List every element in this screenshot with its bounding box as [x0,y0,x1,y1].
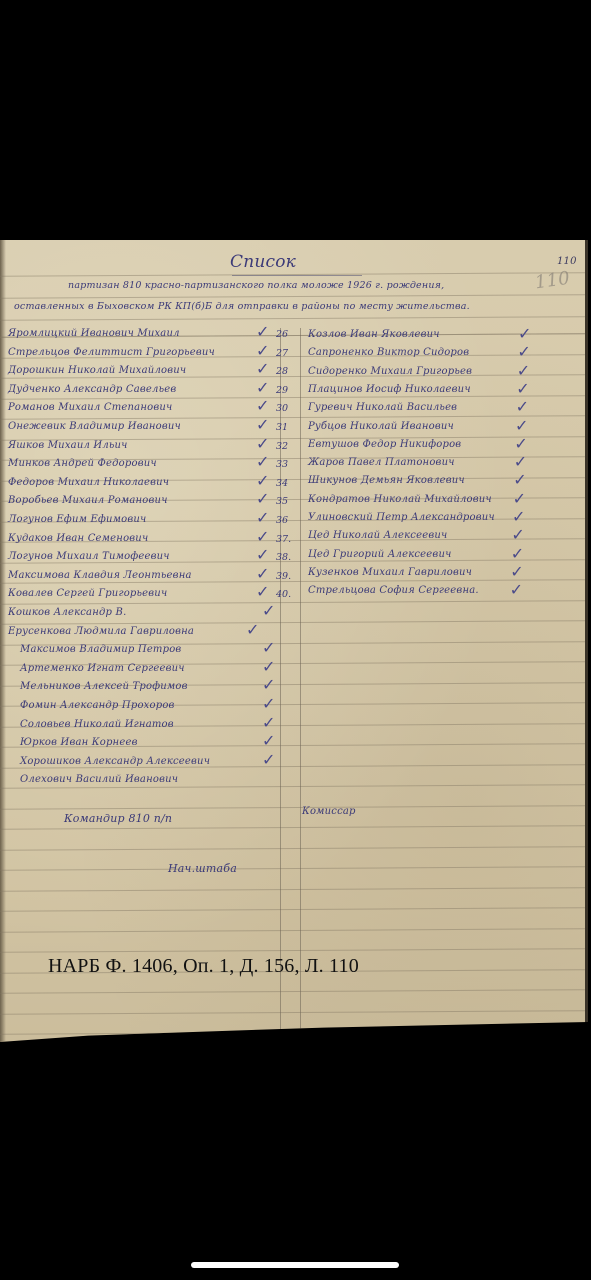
ruled-line [0,395,585,400]
list-item-name: Цед Григорий Алексеевич [308,549,452,560]
page-number: 110 [557,256,577,267]
checkmark-icon: ✓ [516,381,529,397]
list-item-name: Шикунов Демьян Яковлевич [308,475,465,486]
row-number: 33 [276,459,288,470]
row-number: 31 [276,422,288,433]
row-number: 32 [276,441,288,452]
document-title: Список [230,252,296,272]
checkmark-icon: ✓ [256,510,269,526]
checkmark-icon: ✓ [262,696,275,712]
archival-document-page: Список 110 110 партизан 810 красно-парти… [0,240,588,1042]
checkmark-icon: ✓ [514,454,527,470]
list-item-name: Мельников Алексей Трофимов [20,681,188,692]
list-item-name: Стрельцов Фелиттист Григорьевич [8,347,215,358]
list-item-name: Плацинов Иосиф Николаевич [308,384,471,395]
list-item-name: Сидоренко Михаил Григорьев [308,366,472,377]
checkmark-icon: ✓ [262,752,275,768]
list-item-name: Ерусенкова Людмила Гавриловна [8,626,194,637]
chief-of-staff-signature-label: Нач.штаба [168,862,237,875]
checkmark-icon: ✓ [518,326,531,342]
ruled-line [0,805,585,810]
checkmark-icon: ✓ [246,622,259,638]
row-number: 26 [276,329,288,340]
list-item-name: Стрельцова София Сергеевна. [308,585,479,596]
checkmark-icon: ✓ [256,361,269,377]
checkmark-icon: ✓ [262,733,275,749]
checkmark-icon: ✓ [262,677,275,693]
checkmark-icon: ✓ [256,343,269,359]
page-edge-shadow [0,240,6,1042]
checkmark-icon: ✓ [262,659,275,675]
document-subtitle-line-1: партизан 810 красно-партизанского полка … [68,280,444,291]
checkmark-icon: ✓ [513,472,526,488]
checkmark-icon: ✓ [256,529,269,545]
row-number: 30 [276,403,288,414]
home-indicator-bar[interactable] [191,1262,399,1268]
checkmark-icon: ✓ [515,418,528,434]
checkmark-icon: ✓ [256,491,269,507]
checkmark-icon: ✓ [517,344,530,360]
checkmark-icon: ✓ [256,566,269,582]
ruled-line [0,825,585,830]
ruled-line [0,907,585,912]
list-item-name: Минков Андрей Федорович [8,458,157,469]
ruled-line [0,866,585,871]
list-item-name: Федоров Михаил Николаевич [8,477,169,488]
ruled-line [0,1010,585,1015]
checkmark-icon: ✓ [511,546,524,562]
list-item-name: Козлов Иван Яковлевич [308,329,440,340]
checkmark-icon: ✓ [256,380,269,396]
list-item-name: Логунов Ефим Ефимович [8,514,146,525]
list-item-name: Дорошкин Николай Михайлович [8,365,186,376]
checkmark-icon: ✓ [256,436,269,452]
ruled-line [0,989,585,994]
list-item-name: Олехович Василий Иванович [20,774,178,785]
row-number: 34 [276,478,288,489]
list-item-name: Кошков Александр В. [8,607,126,618]
checkmark-icon: ✓ [256,547,269,563]
row-number: 35 [276,496,288,507]
list-item-name: Хорошиков Александр Алексеевич [20,756,210,767]
checkmark-icon: ✓ [256,398,269,414]
checkmark-icon: ✓ [256,324,269,340]
checkmark-icon: ✓ [510,564,523,580]
checkmark-icon: ✓ [262,603,275,619]
title-underline [232,275,362,276]
checkmark-icon: ✓ [256,417,269,433]
list-item-name: Максимова Клавдия Леонтьевна [8,570,192,581]
checkmark-icon: ✓ [513,491,526,507]
pencil-page-mark: 110 [534,268,572,294]
ruled-line [0,928,585,933]
list-item-name: Кузенков Михаил Гаврилович [308,567,472,578]
checkmark-icon: ✓ [514,436,527,452]
list-item-name: Кудаков Иван Семенович [8,533,148,544]
checkmark-icon: ✓ [256,454,269,470]
row-number: 36 [276,515,288,526]
row-number: 28 [276,366,288,377]
commissar-signature-label: Комиссар [302,806,356,817]
ruled-line [0,1030,585,1035]
list-item-name: Воробьев Михаил Романович [8,495,168,506]
ruled-line [0,846,585,851]
list-item-name: Дудченко Александр Савельев [8,384,176,395]
list-item-name: Юрков Иван Корнеев [20,737,138,748]
row-number: 38. [276,552,291,563]
checkmark-icon: ✓ [262,640,275,656]
list-item-name: Фомин Александр Прохоров [20,700,175,711]
checkmark-icon: ✓ [517,363,530,379]
ruled-line [0,600,585,605]
row-number: 39. [276,571,291,582]
checkmark-icon: ✓ [510,582,523,598]
list-item-name: Цед Николай Алексеевич [308,530,447,541]
list-item-name: Улиновский Петр Александрович [308,512,495,523]
list-item-name: Яромлицкий Иванович Михаил [8,328,180,339]
list-item-name: Кондратов Николай Михайлович [308,494,492,505]
ruled-line [0,887,585,892]
list-item-name: Рубцов Николай Иванович [308,421,454,432]
checkmark-icon: ✓ [511,527,524,543]
list-item-name: Ковалев Сергей Григорьевич [8,588,167,599]
document-subtitle-line-2: оставленных в Быховском РК КП(б)Б для от… [14,301,470,312]
checkmark-icon: ✓ [262,715,275,731]
list-item-name: Романов Михаил Степанович [8,402,172,413]
commander-signature-label: Командир 810 п/п [64,812,172,825]
column-divider-line [280,328,281,1042]
row-number: 37. [276,534,291,545]
list-item-name: Гуревич Николай Васильев [308,402,457,413]
list-item-name: Жаров Павел Платонович [308,457,455,468]
checkmark-icon: ✓ [256,473,269,489]
checkmark-icon: ✓ [256,584,269,600]
list-item-name: Максимов Владимир Петров [20,644,181,655]
ruled-line [0,294,585,299]
checkmark-icon: ✓ [516,399,529,415]
row-number: 29 [276,385,288,396]
list-item-name: Онежевик Владимир Иванович [8,421,181,432]
list-item-name: Сапроненко Виктор Сидоров [308,347,469,358]
list-item-name: Яшков Михаил Ильич [8,440,128,451]
list-item-name: Логунов Михаил Тимофеевич [8,551,170,562]
ruled-line [0,316,585,321]
number-column-line [300,328,301,1042]
list-item-name: Артеменко Игнат Сергеевич [20,663,185,674]
ruled-line [0,620,585,625]
row-number: 40. [276,589,291,600]
ruled-line [0,948,585,953]
archive-reference: НАРБ Ф. 1406, Оп. 1, Д. 156, Л. 110 [48,955,359,978]
list-item-name: Евтушов Федор Никифоров [308,439,461,450]
ruled-line [0,415,585,420]
checkmark-icon: ✓ [512,509,525,525]
row-number: 27 [276,348,288,359]
list-item-name: Соловьев Николай Игнатов [20,719,174,730]
